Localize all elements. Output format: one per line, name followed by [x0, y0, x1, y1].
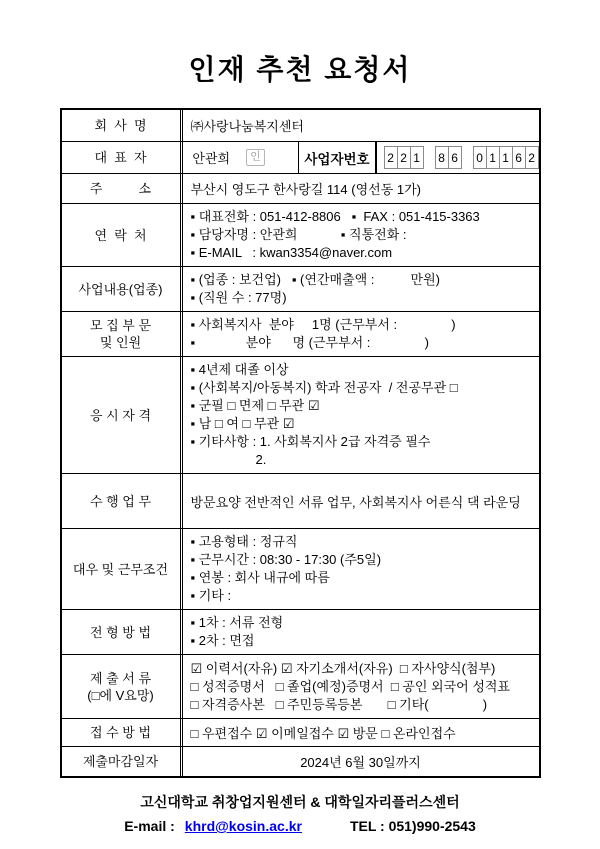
employment-type-line: ▪ 고용형태 : 정규직	[191, 533, 531, 551]
footer-tel: TEL : 051)990-2543	[350, 817, 476, 835]
representative-label: 대 표 자	[62, 142, 180, 173]
qualification-military-line: ▪ 군필 □ 면제 □ 무관 ☑	[191, 397, 531, 415]
footer: 고신대학교 취창업지원센터 & 대학일자리플러스센터 E-mail : khrd…	[0, 793, 600, 835]
row-contact: 연 락 처 ▪ 대표전화 : 051-412-8806 ▪ FAX : 051-…	[62, 203, 539, 266]
contact-phone-fax-line: ▪ 대표전화 : 051-412-8806 ▪ FAX : 051-415-33…	[191, 208, 531, 226]
digit-cell: 2	[384, 146, 398, 169]
documents-label: 제 출 서 류 (□에 V요망)	[62, 655, 180, 718]
business-type-value: ▪ (업종 : 보건업) ▪ (연간매출액 : 만원) ▪ (직원 수 : 77…	[180, 267, 539, 311]
documents-value: ☑ 이력서(자유) ☑ 자기소개서(자유) □ 자사양식(첨부) □ 성적증명서…	[180, 655, 539, 718]
duties-value: 방문요양 전반적인 서류 업무, 사회복지사 어른식 댁 라운딩	[180, 474, 539, 528]
documents-checkline-1: ☑ 이력서(자유) ☑ 자기소개서(자유) □ 자사양식(첨부)	[191, 660, 531, 678]
digit-cell: 8	[435, 146, 449, 169]
conditions-label: 대우 및 근무조건	[62, 529, 180, 609]
address-label: 주 소	[62, 174, 180, 203]
footer-contact-line: E-mail : khrd@kosin.ac.kr TEL : 051)990-…	[0, 817, 600, 835]
reception-method-label: 접 수 방 법	[62, 719, 180, 746]
qualification-label: 응 시 자 격	[62, 357, 180, 473]
deadline-value: 2024년 6월 30일까지	[180, 747, 539, 776]
row-duties: 수 행 업 무 방문요양 전반적인 서류 업무, 사회복지사 어른식 댁 라운딩	[62, 473, 539, 528]
row-company-name: 회 사 명 ㈜사랑나눔복지센터	[62, 110, 539, 141]
row-representative: 대 표 자 안관희 인 사업자번호 2 2 1 8 6	[62, 141, 539, 173]
row-reception-method: 접 수 방 법 □ 우편접수 ☑ 이메일접수 ☑ 방문 □ 온라인접수	[62, 718, 539, 746]
qualification-major-line: ▪ (사회복지/아동복지) 학과 전공자 / 전공무관 □	[191, 379, 531, 397]
business-number-group-3: 0 1 1 6 2	[473, 146, 539, 169]
duties-label: 수 행 업 무	[62, 474, 180, 528]
recruitment-label-line2: 및 인원	[100, 334, 141, 351]
salary-line: ▪ 연봉 : 회사 내규에 따름	[191, 569, 531, 587]
page-title: 인재 추천 요청서	[0, 48, 600, 88]
documents-checkline-2: □ 성적증명서 □ 졸업(예정)증명서 □ 공인 외국어 성적표	[191, 678, 531, 696]
conditions-etc-line: ▪ 기타 :	[191, 587, 531, 605]
document-page: 인재 추천 요청서 회 사 명 ㈜사랑나눔복지센터 대 표 자 안관희 인 사업…	[0, 0, 600, 849]
row-conditions: 대우 및 근무조건 ▪ 고용형태 : 정규직 ▪ 근무시간 : 08:30 - …	[62, 528, 539, 609]
qualification-etc-line2: 2.	[191, 451, 531, 469]
qualification-gender-line: ▪ 남 □ 여 □ 무관 ☑	[191, 415, 531, 433]
row-selection-method: 전 형 방 법 ▪ 1차 : 서류 전형 ▪ 2차 : 면접	[62, 609, 539, 654]
company-name-value: ㈜사랑나눔복지센터	[180, 110, 539, 141]
documents-label-line2: (□에 V요망)	[87, 687, 153, 704]
digit-cell: 2	[397, 146, 411, 169]
qualification-value: ▪ 4년제 대졸 이상 ▪ (사회복지/아동복지) 학과 전공자 / 전공무관 …	[180, 357, 539, 473]
recruitment-field-line2: ▪ 분야 명 (근무부서 : )	[191, 334, 531, 352]
contact-label: 연 락 처	[62, 204, 180, 266]
row-qualification: 응 시 자 격 ▪ 4년제 대졸 이상 ▪ (사회복지/아동복지) 학과 전공자…	[62, 356, 539, 473]
digit-cell: 1	[410, 146, 424, 169]
footer-email-label: E-mail :	[124, 817, 175, 835]
recruitment-label: 모 집 부 문 및 인원	[62, 312, 180, 356]
documents-checkline-3: □ 자격증사본 □ 주민등록등본 □ 기타( )	[191, 696, 531, 714]
selection-method-value: ▪ 1차 : 서류 전형 ▪ 2차 : 면접	[180, 610, 539, 654]
recruitment-value: ▪ 사회복지사 분야 1명 (근무부서 : ) ▪ 분야 명 (근무부서 : )	[180, 312, 539, 356]
qualification-etc-line1: ▪ 기타사항 : 1. 사회복지사 2급 자격증 필수	[191, 433, 531, 451]
representative-value-area: 안관희 인 사업자번호 2 2 1 8 6 0 1	[180, 142, 539, 173]
footer-email-link[interactable]: khrd@kosin.ac.kr	[185, 817, 302, 835]
row-address: 주 소 부산시 영도구 한사랑길 114 (영선동 1가)	[62, 173, 539, 203]
business-number-group-2: 8 6	[435, 146, 462, 169]
company-name-label: 회 사 명	[62, 110, 180, 141]
row-deadline: 제출마감일자 2024년 6월 30일까지	[62, 746, 539, 776]
selection-method-label: 전 형 방 법	[62, 610, 180, 654]
deadline-label: 제출마감일자	[62, 747, 180, 776]
footer-org-line: 고신대학교 취창업지원센터 & 대학일자리플러스센터	[0, 793, 600, 811]
business-number-boxes: 2 2 1 8 6 0 1 1 6 2	[377, 142, 539, 173]
row-business-type: 사업내용(업종) ▪ (업종 : 보건업) ▪ (연간매출액 : 만원) ▪ (…	[62, 266, 539, 311]
documents-label-line1: 제 출 서 류	[90, 670, 151, 687]
contact-person-line: ▪ 담당자명 : 안관희 ▪ 직통전화 :	[191, 226, 531, 244]
conditions-value: ▪ 고용형태 : 정규직 ▪ 근무시간 : 08:30 - 17:30 (주5일…	[180, 529, 539, 609]
digit-cell: 6	[512, 146, 526, 169]
digit-cell: 6	[448, 146, 462, 169]
business-number-group-1: 2 2 1	[384, 146, 424, 169]
contact-value: ▪ 대표전화 : 051-412-8806 ▪ FAX : 051-415-33…	[180, 204, 539, 266]
digit-cell: 0	[473, 146, 487, 169]
business-number-label: 사업자번호	[298, 142, 376, 173]
address-value: 부산시 영도구 한사랑길 114 (영선동 1가)	[180, 174, 539, 203]
seal-placeholder: 인	[246, 149, 265, 166]
digit-cell: 1	[499, 146, 513, 169]
contact-email-line: ▪ E-MAIL : kwan3354@naver.com	[191, 244, 531, 262]
digit-cell: 1	[486, 146, 500, 169]
recruitment-field-line1: ▪ 사회복지사 분야 1명 (근무부서 : )	[191, 316, 531, 334]
row-recruitment: 모 집 부 문 및 인원 ▪ 사회복지사 분야 1명 (근무부서 : ) ▪ 분…	[62, 311, 539, 356]
selection-step1-line: ▪ 1차 : 서류 전형	[191, 614, 531, 632]
selection-step2-line: ▪ 2차 : 면접	[191, 632, 531, 650]
working-hours-line: ▪ 근무시간 : 08:30 - 17:30 (주5일)	[191, 551, 531, 569]
business-sector-line: ▪ (업종 : 보건업) ▪ (연간매출액 : 만원)	[191, 271, 531, 289]
recruitment-label-line1: 모 집 부 문	[90, 317, 151, 334]
representative-name-text: 안관희	[192, 148, 230, 167]
request-form-table: 회 사 명 ㈜사랑나눔복지센터 대 표 자 안관희 인 사업자번호 2 2 1	[60, 108, 541, 778]
business-type-label: 사업내용(업종)	[62, 267, 180, 311]
business-employees-line: ▪ (직원 수 : 77명)	[191, 289, 531, 307]
row-documents: 제 출 서 류 (□에 V요망) ☑ 이력서(자유) ☑ 자기소개서(자유) □…	[62, 654, 539, 718]
reception-method-value: □ 우편접수 ☑ 이메일접수 ☑ 방문 □ 온라인접수	[180, 719, 539, 746]
representative-name: 안관희 인	[182, 142, 298, 173]
qualification-education-line: ▪ 4년제 대졸 이상	[191, 361, 531, 379]
digit-cell: 2	[525, 146, 539, 169]
